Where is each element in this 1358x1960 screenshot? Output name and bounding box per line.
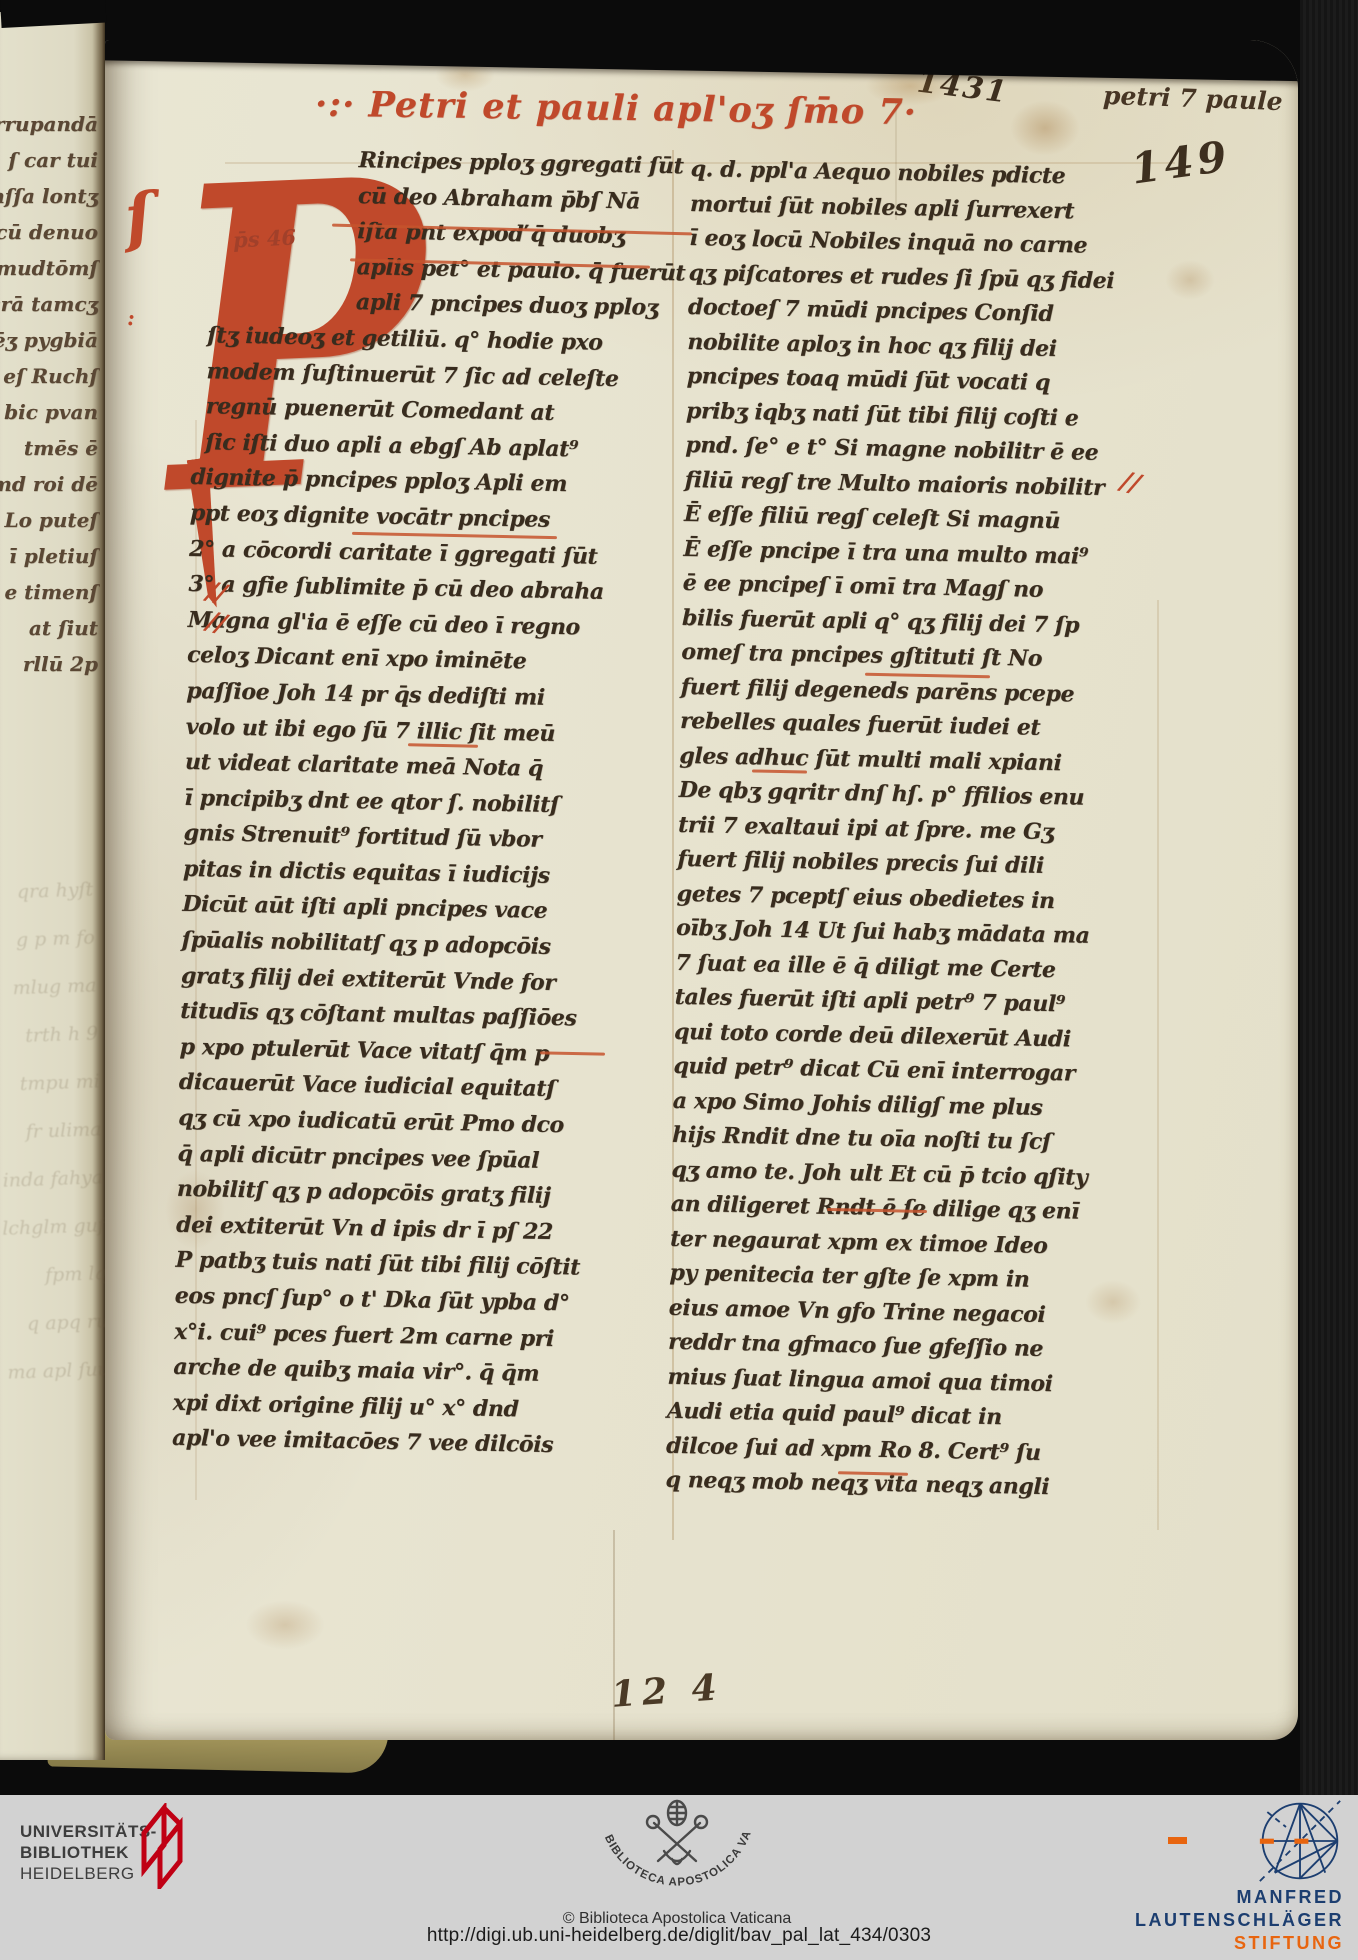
manuscript-page: ·:· Petri et pauli apl'oʒ ſm̄o 7· 1431 p… (105, 40, 1298, 1740)
stain (1010, 100, 1080, 156)
ub-logo-line2: BIBLIOTHEK (20, 1842, 157, 1863)
ghost-text-line: trth h 9 (0, 1022, 99, 1074)
facing-page-marginalia: dā rrupandāſ car tuiinſſa lontʒe cū denu… (0, 112, 100, 688)
text-column-left: Rincipes pploʒ ggregati ſūtcū deo Abraha… (172, 140, 675, 1466)
ghost-text-line: lchglm guf (3, 1214, 107, 1266)
ghost-text-line: ma apl ſuu (8, 1358, 112, 1410)
mls-logo-line1: MANFRED (984, 1887, 1344, 1908)
ghost-text-line: tmpu mi (0, 1070, 101, 1122)
margin-paraph-mark: ꞉ (127, 304, 135, 334)
mls-accent-dash (1168, 1837, 1187, 1844)
facing-page-torn-corner (0, 0, 106, 28)
quire-mark: 12 4 (610, 1666, 724, 1716)
marginalia-fragment: inſſa lontʒ (0, 184, 100, 220)
marginalia-fragment: d mudtōmſ (0, 256, 100, 292)
ub-logo-line3: HEIDELBERG (20, 1863, 157, 1884)
marginalia-fragment: ſ car tui (0, 148, 100, 184)
facing-page-ghost-text: qra hyſtg p m fomlug matrth h 9tmpu mifr… (0, 878, 111, 1409)
ghost-text-line: fpm lq (4, 1262, 108, 1314)
book-cover-edge (1300, 0, 1358, 1795)
marginalia-fragment: e cū denuo (0, 220, 100, 256)
marginalia-fragment: bic pvan (0, 400, 100, 436)
ub-heidelberg-logo: UNIVERSITÄTS- BIBLIOTHEK HEIDELBERG (20, 1821, 157, 1884)
vatican-seal-icon: BIBLIOTECA APOSTOLICA VATICANA (584, 1799, 770, 1903)
marginalia-fragment: grā tamcʒ (0, 292, 100, 328)
page-top-edge-shadow (105, 40, 1298, 85)
stain (1165, 260, 1215, 300)
marginalia-fragment: ī pletiuſ (0, 544, 100, 580)
ub-logo-line1: UNIVERSITÄTS- (20, 1821, 157, 1842)
ghost-text-line: inda fahya (1, 1166, 105, 1218)
footer-bar: UNIVERSITÄTS- BIBLIOTHEK HEIDELBERG (0, 1795, 1358, 1960)
marginalia-fragment: eſ Ruchſ (0, 364, 100, 400)
ghost-text-line: mlug ma (0, 974, 98, 1026)
ghost-text-line: fr ulima (0, 1118, 103, 1170)
stain (245, 1600, 325, 1650)
marginalia-fragment: e timenſ (0, 580, 100, 616)
mls-logo-line3: STIFTUNG (984, 1933, 1344, 1954)
text-column-right: q. d. ppl'a Aequo nobiles pdictemortui ſ… (665, 152, 1173, 1507)
ghost-text-line: qra hyſt (0, 878, 94, 930)
ghost-text-line: g p m fo (0, 926, 96, 978)
mls-logo-line2: LAUTENSCHLÄGER (984, 1910, 1344, 1931)
marginalia-fragment: Lo puteſ (0, 508, 100, 544)
vatican-logo-block: BIBLIOTECA APOSTOLICA VATICANA © Bibliot… (477, 1799, 877, 1928)
marginalia-fragment: ēʒ pygbiā (0, 328, 100, 364)
ub-book-icon (138, 1803, 200, 1894)
ghost-text-line: q apq ru (6, 1310, 110, 1362)
mls-globe-icon (1258, 1799, 1342, 1888)
marginalia-fragment: at ſiut (0, 616, 100, 652)
margin-flourish-mark: ſ (121, 179, 156, 256)
facing-page-edge: dā rrupandāſ car tuiinſſa lontʒe cū denu… (0, 12, 105, 1760)
scan-viewer-canvas: dā rrupandāſ car tuiinſſa lontʒe cū denu… (0, 0, 1358, 1960)
marginalia-fragment: rllū 2p (0, 652, 100, 688)
marginalia-fragment: tmēs ē (0, 436, 100, 472)
marginalia-fragment: omd roi dē (0, 472, 100, 508)
corner-title-annotation: petri 7 paule (1103, 81, 1284, 116)
marginalia-fragment: dā rrupandā (0, 112, 100, 148)
